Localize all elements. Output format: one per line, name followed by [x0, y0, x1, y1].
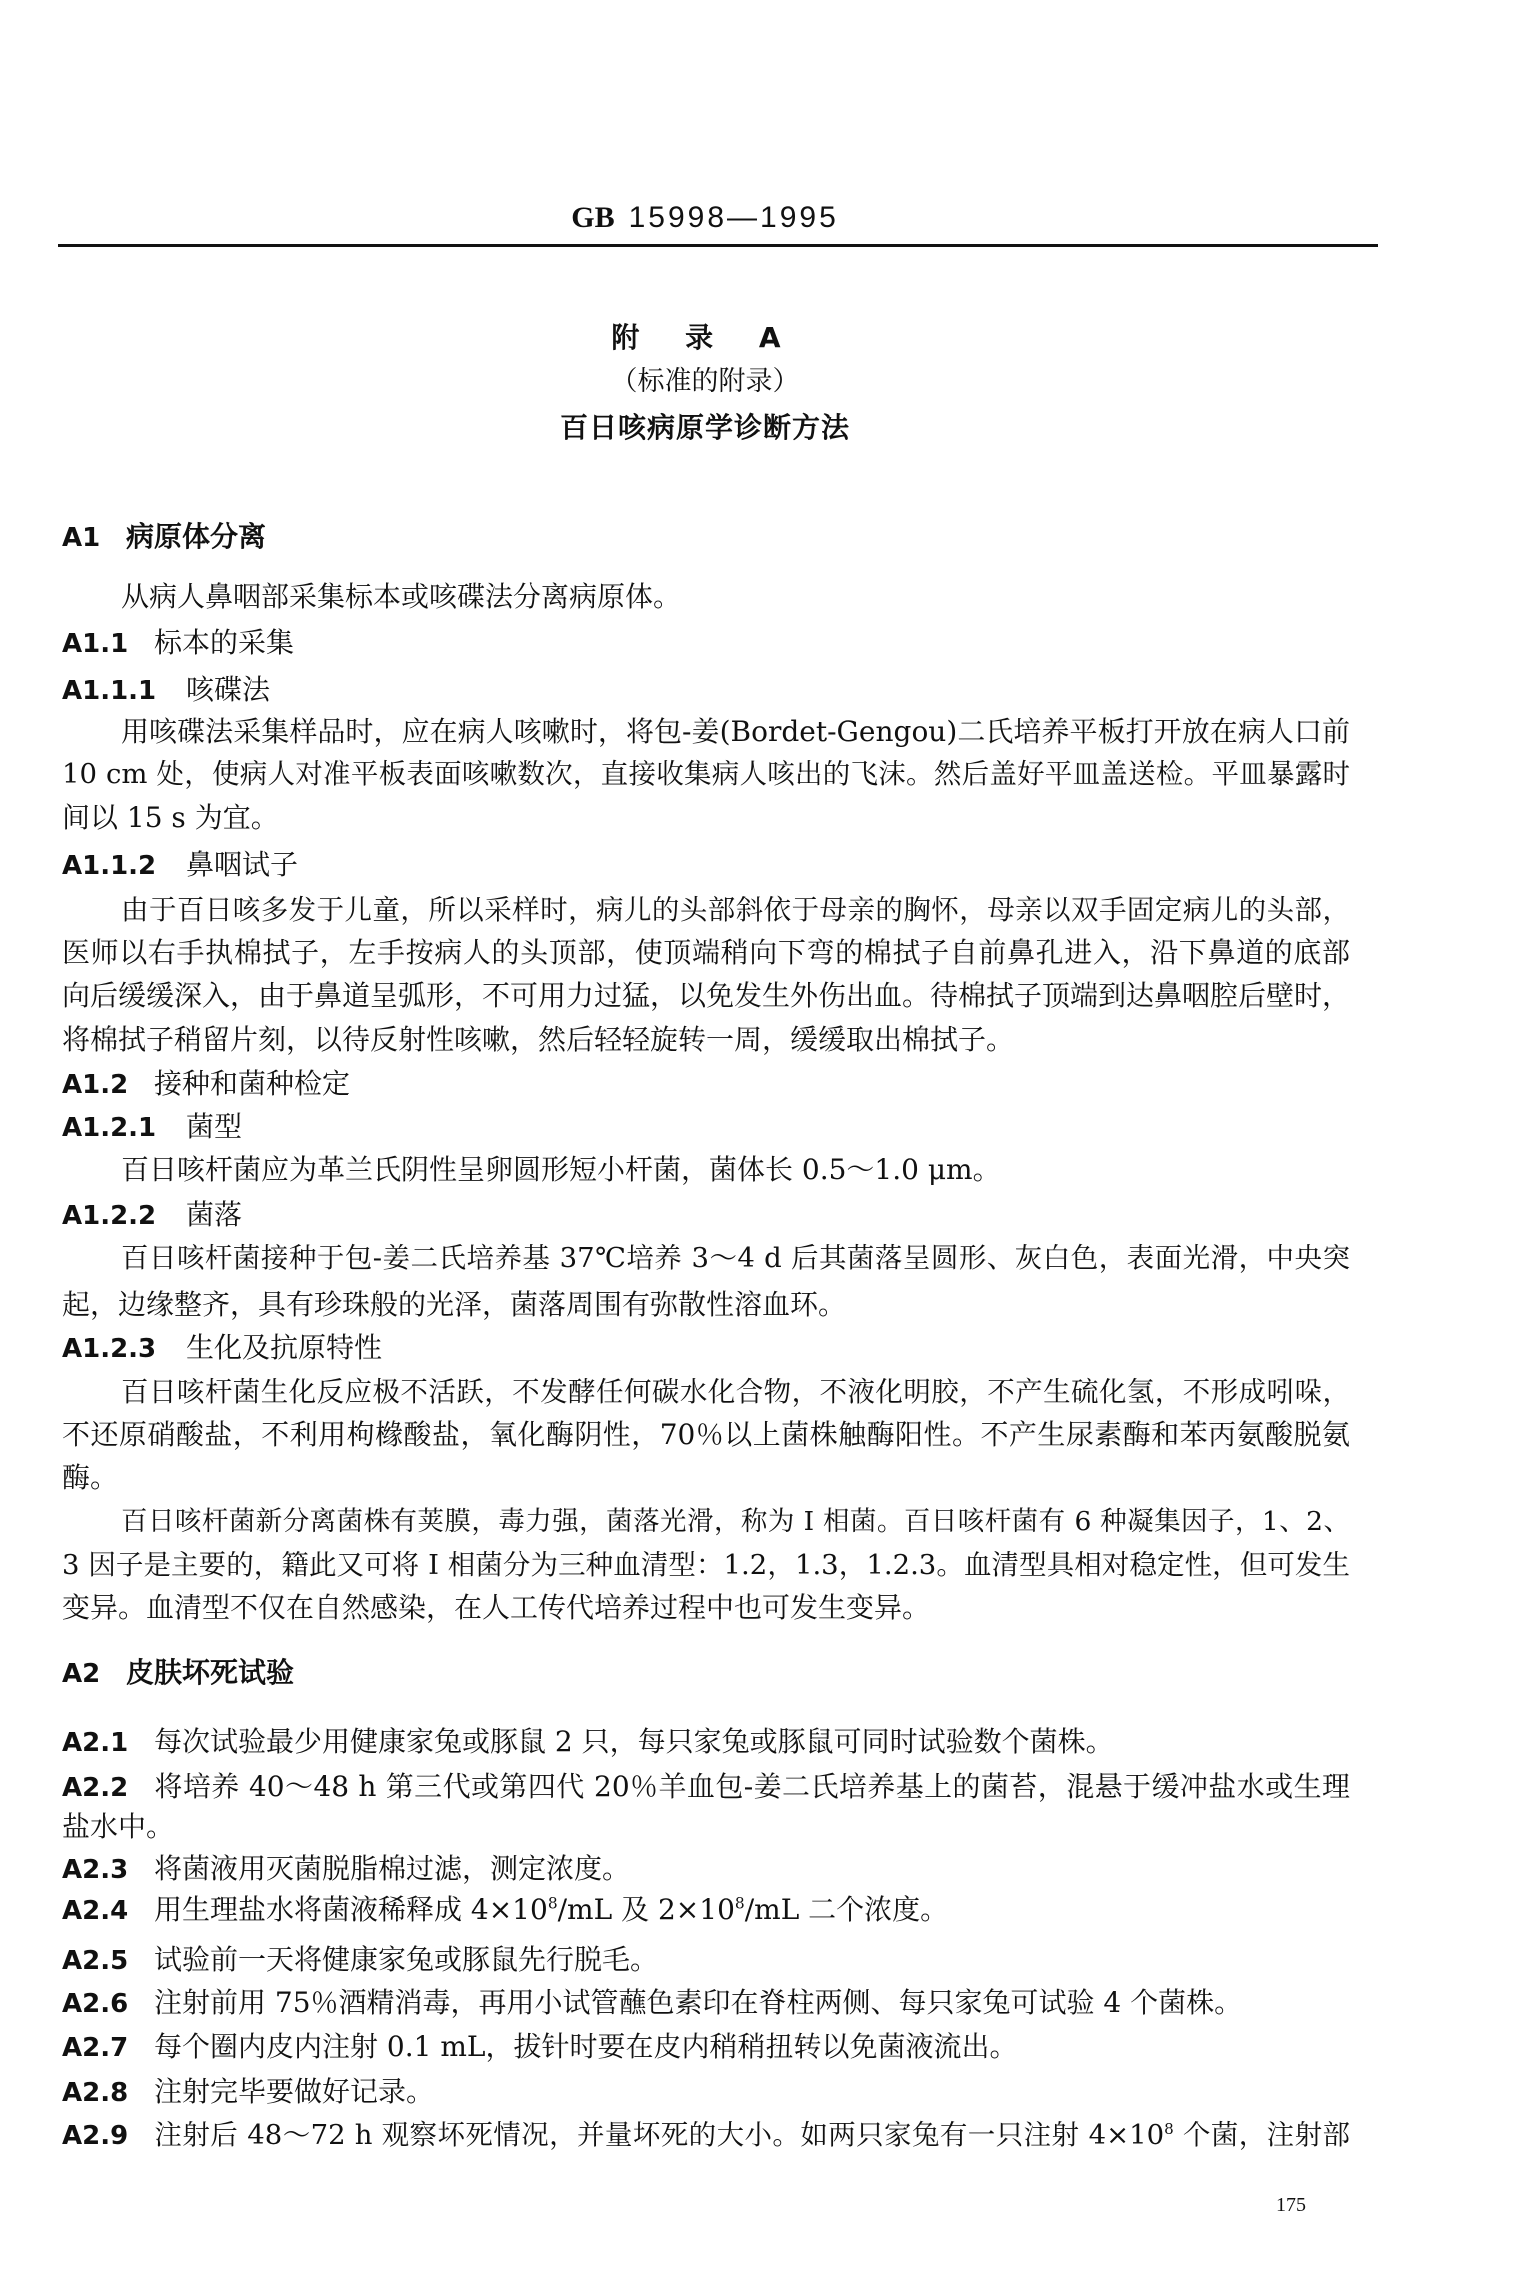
section-number: A1	[62, 520, 126, 556]
clause-text: 试验前一天将健康家兔或豚鼠先行脱毛。	[154, 1943, 658, 1976]
paragraph-line: 将棉拭子稍留片刻，以待反射性咳嗽，然后轻轻旋转一周，缓缓取出棉拭子。	[62, 1022, 1014, 1058]
paragraph-line: 10 cm 处，使病人对准平板表面咳嗽数次，直接收集病人咳出的飞沫。然后盖好平皿…	[62, 756, 1350, 792]
paragraph-line: 起，边缘整齐，具有珍珠般的光泽，菌落周围有弥散性溶血环。	[62, 1287, 846, 1323]
appendix-label: 附 录 A	[0, 320, 1410, 356]
paragraph-line: 间以 15 s 为宜。	[62, 800, 279, 836]
clause-number: A1.2	[62, 1067, 154, 1103]
clause-a2-4: A2.4用生理盐水将菌液稀释成 4×108/mL 及 2×108/mL 二个浓度…	[62, 1892, 948, 1928]
clause-number: A2.9	[62, 2118, 154, 2154]
standard-prefix: GB	[571, 201, 614, 234]
clause-number: A1.2.3	[62, 1331, 186, 1367]
clause-number: A2.7	[62, 2030, 154, 2066]
paragraph-line: 酶。	[62, 1460, 118, 1496]
standard-code: GB15998—1995	[0, 198, 1410, 238]
clause-number: A2.5	[62, 1943, 154, 1979]
header-rule	[58, 244, 1378, 247]
clause-title: 标本的采集	[154, 626, 294, 659]
clause-a2-5: A2.5试验前一天将健康家兔或豚鼠先行脱毛。	[62, 1942, 658, 1978]
clause-text: 注射完毕要做好记录。	[154, 2075, 434, 2108]
clause-number: A2.4	[62, 1893, 154, 1929]
clause-title: 接种和菌种检定	[154, 1067, 350, 1100]
paragraph-line: 不还原硝酸盐，不利用枸橼酸盐，氧化酶阴性，70％以上菌株触酶阳性。不产生尿素酶和…	[62, 1417, 1350, 1453]
clause-number: A1.2.2	[62, 1198, 186, 1234]
clause-number: A1.2.1	[62, 1110, 186, 1146]
paragraph-line: 由于百日咳多发于儿童，所以采样时，病儿的头部斜依于母亲的胸怀，母亲以双手固定病儿…	[121, 892, 1350, 928]
clause-text: 注射前用 75％酒精消毒，再用小试管蘸色素印在脊柱两侧、每只家兔可试验 4 个菌…	[154, 1986, 1242, 2019]
clause-text: 每个圈内皮内注射 0.1 mL，拔针时要在皮内稍稍扭转以免菌液流出。	[154, 2030, 1017, 2063]
paragraph-line: 盐水中。	[62, 1809, 174, 1845]
clause-number: A2.3	[62, 1852, 154, 1888]
clause-a2-2: A2.2将培养 40～48 h 第三代或第四代 20％羊血包-姜二氏培养基上的菌…	[62, 1769, 1350, 1805]
clause-a2-6: A2.6注射前用 75％酒精消毒，再用小试管蘸色素印在脊柱两侧、每只家兔可试验 …	[62, 1985, 1242, 2021]
section-number: A2	[62, 1656, 126, 1692]
clause-text: 个菌，注射部	[1174, 2119, 1350, 2151]
clause-title: 生化及抗原特性	[186, 1331, 382, 1364]
clause-a2-7: A2.7每个圈内皮内注射 0.1 mL，拔针时要在皮内稍稍扭转以免菌液流出。	[62, 2029, 1017, 2065]
paragraph-line: 变异。血清型不仅在自然感染，在人工传代培养过程中也可发生变异。	[62, 1590, 930, 1626]
clause-a2-8: A2.8注射完毕要做好记录。	[62, 2074, 434, 2110]
exponent: 8	[1164, 2120, 1174, 2138]
clause-text: 用生理盐水将菌液稀释成 4×10	[154, 1893, 548, 1926]
clause-heading-a1-1-2: A1.1.2鼻咽试子	[62, 847, 298, 883]
clause-number: A1.1.1	[62, 673, 186, 709]
paragraph-line: 百日咳杆菌新分离菌株有荚膜，毒力强，菌落光滑，称为 I 相菌。百日咳杆菌有 6 …	[121, 1504, 1350, 1540]
standard-number: 15998—1995	[629, 201, 839, 234]
paragraph-line: 用咳碟法采集样品时，应在病人咳嗽时，将包-姜(Bordet-Gengou)二氏培…	[121, 714, 1350, 750]
clause-heading-a1-2-3: A1.2.3生化及抗原特性	[62, 1330, 382, 1366]
clause-heading-a1-2-2: A1.2.2菌落	[62, 1197, 242, 1233]
paragraph-line: 百日咳杆菌接种于包-姜二氏培养基 37℃培养 3～4 d 后其菌落呈圆形、灰白色…	[121, 1240, 1350, 1276]
section-title: 皮肤坏死试验	[126, 1656, 294, 1689]
paragraph-line: 百日咳杆菌生化反应极不活跃，不发酵任何碳水化合物，不液化明胶，不产生硫化氢，不形…	[121, 1374, 1350, 1410]
clause-a2-1: A2.1每次试验最少用健康家兔或豚鼠 2 只，每只家兔或豚鼠可同时试验数个菌株。	[62, 1724, 1114, 1760]
exponent: 8	[735, 1895, 745, 1913]
clause-heading-a1-1: A1.1标本的采集	[62, 625, 294, 661]
clause-a2-9: A2.9注射后 48～72 h 观察坏死情况，并量坏死的大小。如两只家兔有一只注…	[62, 2117, 1350, 2153]
clause-text: 每次试验最少用健康家兔或豚鼠 2 只，每只家兔或豚鼠可同时试验数个菌株。	[154, 1725, 1114, 1758]
clause-text: /mL 二个浓度。	[745, 1893, 948, 1926]
clause-heading-a1-2-1: A1.2.1菌型	[62, 1109, 242, 1145]
section-heading-a1: A1病原体分离	[62, 519, 266, 555]
clause-a2-3: A2.3将菌液用灭菌脱脂棉过滤，测定浓度。	[62, 1851, 630, 1887]
page-number: 175	[1276, 2194, 1306, 2217]
clause-title: 鼻咽试子	[186, 848, 298, 881]
appendix-title: 百日咳病原学诊断方法	[0, 410, 1410, 446]
appendix-subtitle: （标准的附录）	[0, 364, 1410, 400]
clause-text: 将菌液用灭菌脱脂棉过滤，测定浓度。	[154, 1852, 630, 1885]
clause-number: A1.1	[62, 626, 154, 662]
paragraph-line: 向后缓缓深入，由于鼻道呈弧形，不可用力过猛，以免发生外伤出血。待棉拭子顶端到达鼻…	[62, 978, 1350, 1014]
clause-heading-a1-1-1: A1.1.1咳碟法	[62, 672, 270, 708]
clause-number: A2.1	[62, 1725, 154, 1761]
paragraph-line: 医师以右手执棉拭子，左手按病人的头顶部，使顶端稍向下弯的棉拭子自前鼻孔进入，沿下…	[62, 935, 1350, 971]
clause-heading-a1-2: A1.2接种和菌种检定	[62, 1066, 350, 1102]
clause-title: 咳碟法	[186, 673, 270, 706]
paragraph-line: 3 因子是主要的，籍此又可将 I 相菌分为三种血清型：1.2，1.3，1.2.3…	[62, 1547, 1350, 1583]
paragraph-line: 从病人鼻咽部采集标本或咳碟法分离病原体。	[121, 579, 681, 615]
clause-title: 菌落	[186, 1198, 242, 1231]
clause-text: 注射后 48～72 h 观察坏死情况，并量坏死的大小。如两只家兔有一只注射 4×…	[154, 2119, 1164, 2151]
clause-number: A1.1.2	[62, 848, 186, 884]
exponent: 8	[548, 1895, 558, 1913]
clause-number: A2.2	[62, 1770, 154, 1806]
clause-text: 将培养 40～48 h 第三代或第四代 20％羊血包-姜二氏培养基上的菌苔，混悬…	[154, 1770, 1350, 1803]
section-title: 病原体分离	[126, 520, 266, 553]
clause-number: A2.8	[62, 2075, 154, 2111]
clause-number: A2.6	[62, 1986, 154, 2022]
clause-title: 菌型	[186, 1110, 242, 1143]
paragraph-line: 百日咳杆菌应为革兰氏阴性呈卵圆形短小杆菌，菌体长 0.5～1.0 μm。	[121, 1152, 1001, 1188]
section-heading-a2: A2皮肤坏死试验	[62, 1655, 294, 1691]
clause-text: /mL 及 2×10	[558, 1893, 735, 1926]
